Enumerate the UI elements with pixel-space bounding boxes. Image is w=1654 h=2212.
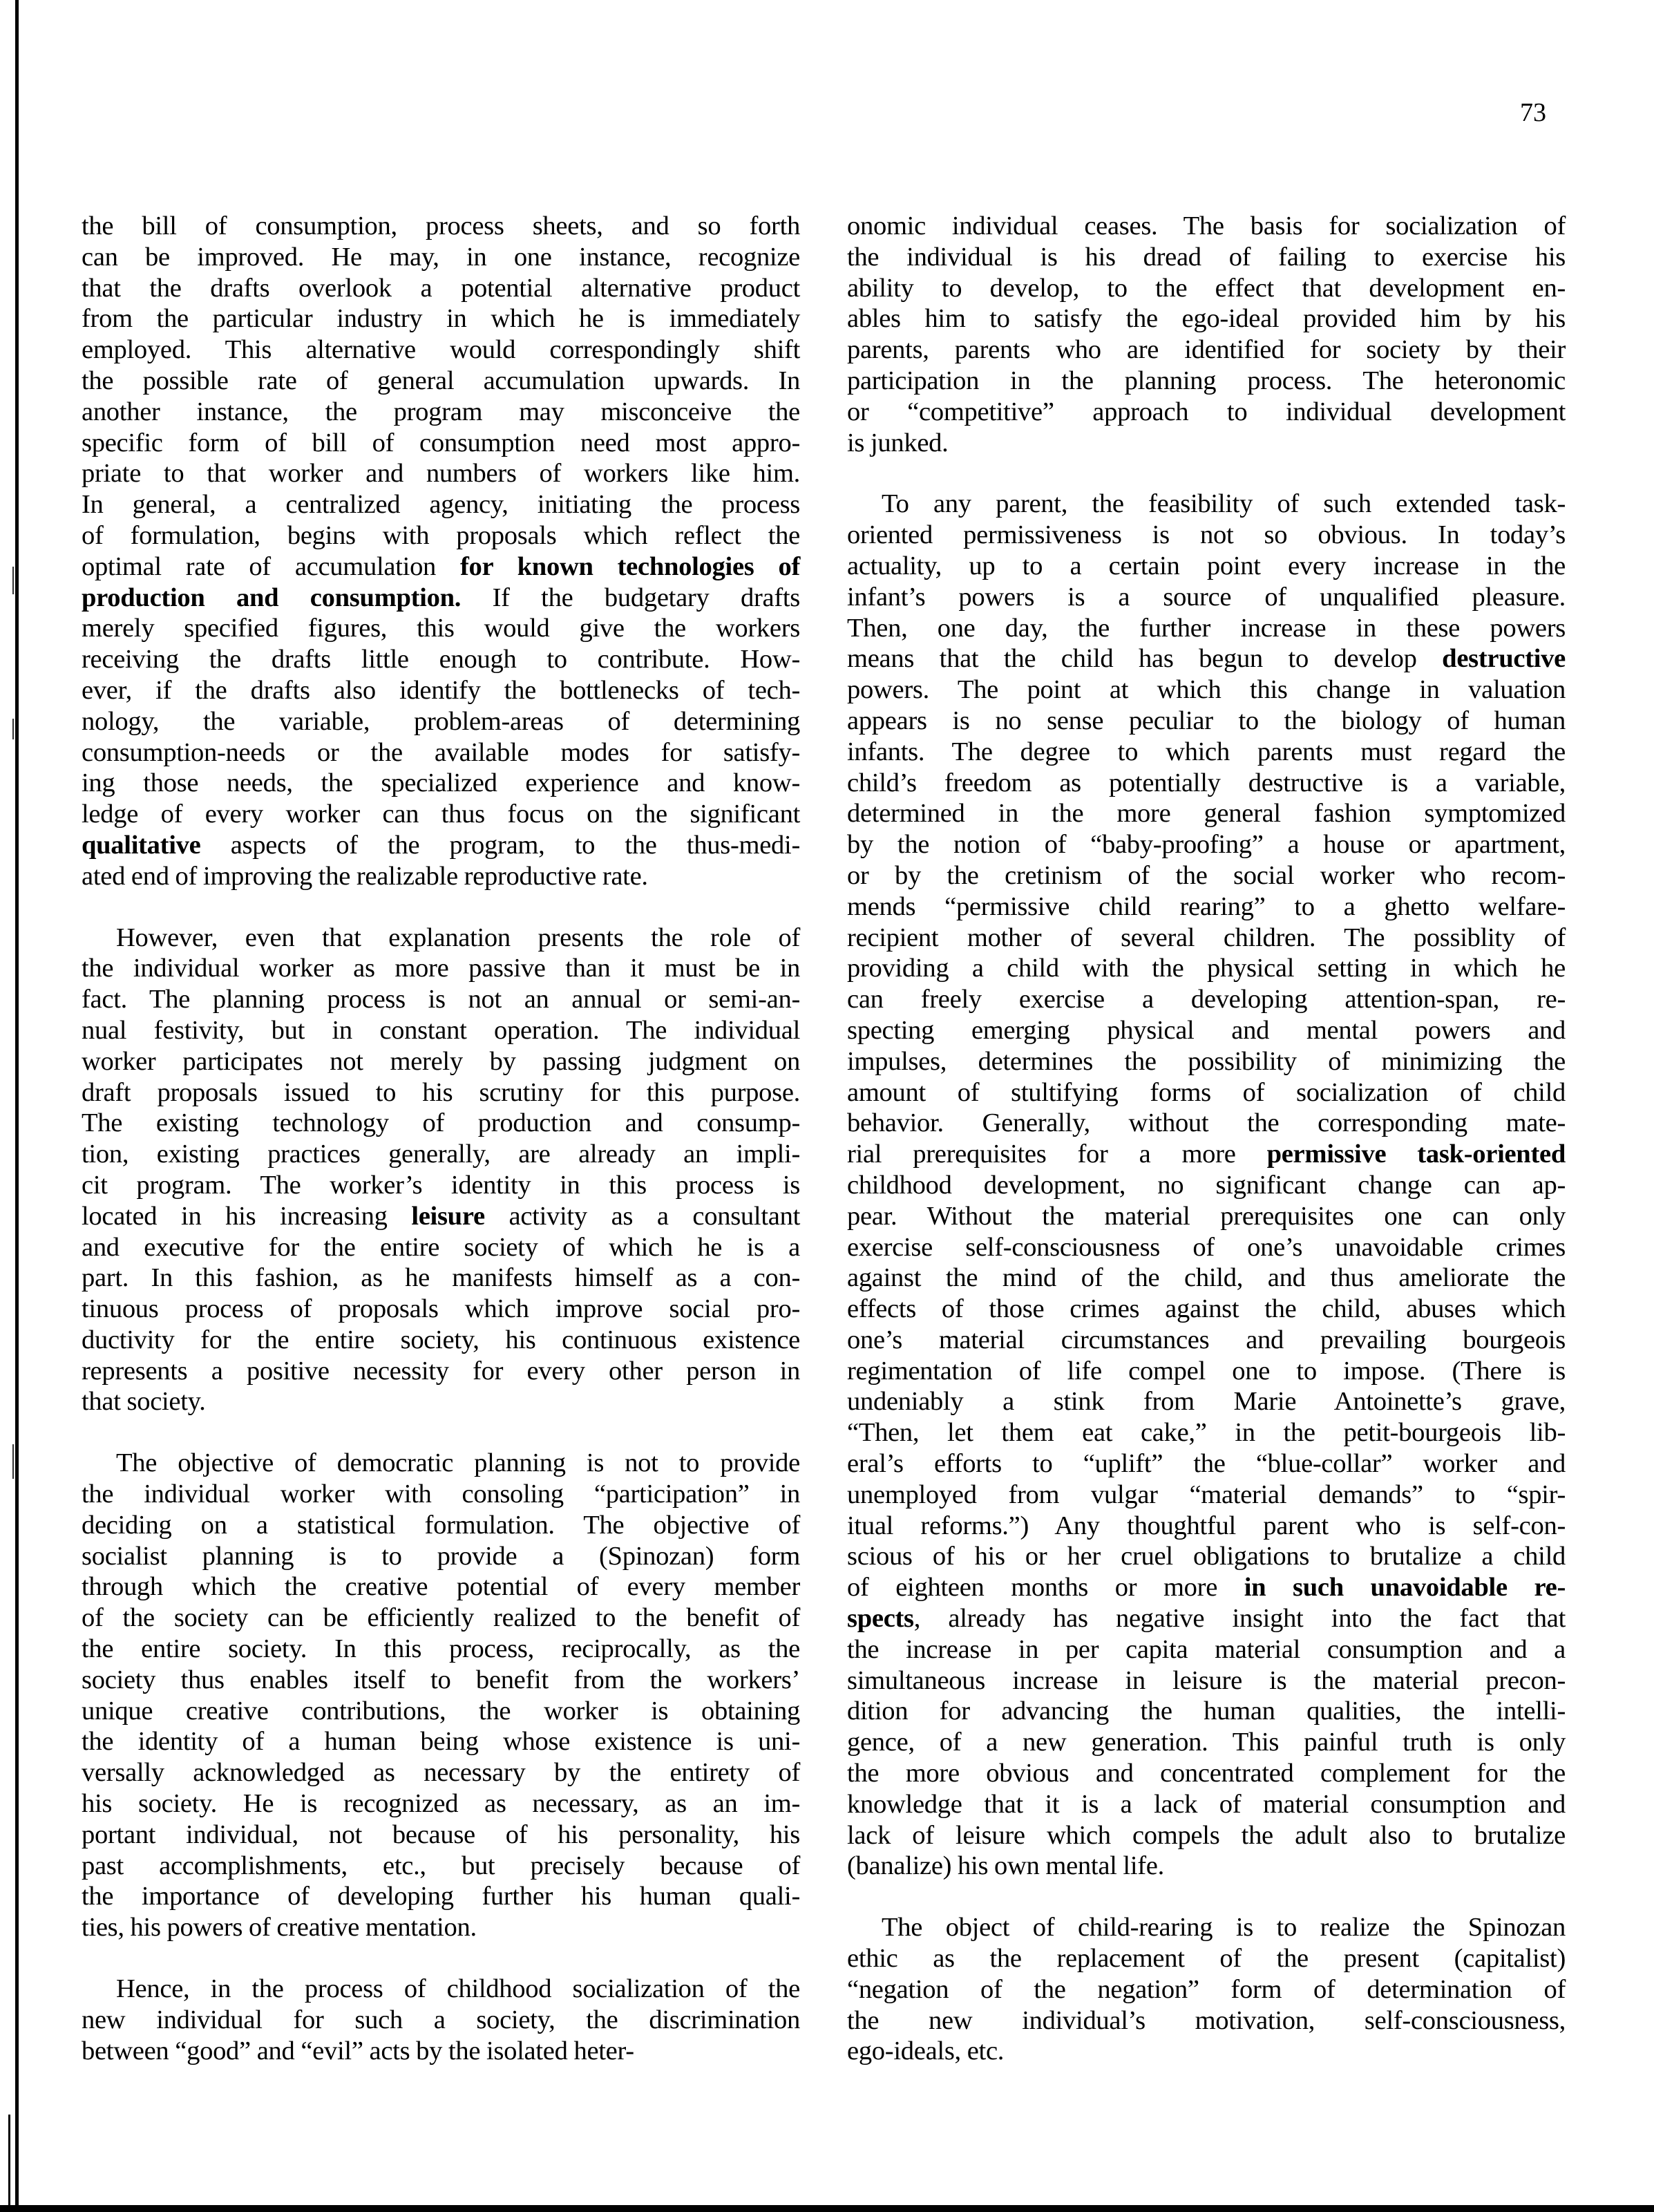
text-line: amount of stultifying forms of socializa…: [847, 1077, 1566, 1108]
text-run: lack of leisure which compels the adult …: [847, 1821, 1566, 1850]
text-run: ductivity for the entire society, his co…: [82, 1325, 800, 1354]
text-line: merely specified figures, this would giv…: [82, 613, 800, 644]
text-run: exercise self-consciousness of one’s una…: [847, 1233, 1566, 1262]
bold-emphasis: destructive: [1442, 644, 1566, 673]
page-number: 73: [1520, 99, 1546, 126]
text-line: impulses, determines the possibility of …: [847, 1046, 1566, 1077]
text-run: the more obvious and concentrated comple…: [847, 1759, 1566, 1788]
text-run: means that the child has begun to develo…: [847, 644, 1442, 673]
text-line: means that the child has begun to develo…: [847, 643, 1566, 674]
text-run: childhood development, no significant ch…: [847, 1171, 1566, 1200]
bold-emphasis: for known technologies of: [460, 552, 800, 581]
text-run: In general, a centralized agency, initia…: [82, 490, 800, 519]
text-line: Then, one day, the further increase in t…: [847, 613, 1566, 644]
text-line: versally acknowledged as necessary by th…: [82, 1757, 800, 1788]
text-line: the individual is his dread of failing t…: [847, 242, 1566, 273]
text-line: optimal rate of accumulation for known t…: [82, 551, 800, 583]
text-run: the bill of consumption, process sheets,…: [82, 211, 800, 240]
paragraph: onomic individual ceases. The basis for …: [847, 211, 1566, 458]
text-line: the individual worker as more passive th…: [82, 953, 800, 984]
text-run: or by the cretinism of the social worker…: [847, 861, 1566, 890]
text-line: by the notion of “baby-proofing” a house…: [847, 829, 1566, 860]
bold-emphasis: qualitative: [82, 831, 200, 860]
text-run: Hence, in the process of childhood socia…: [116, 1974, 800, 2003]
text-run: effects of those crimes against the chil…: [847, 1294, 1566, 1323]
text-line: ability to develop, to the effect that d…: [847, 273, 1566, 304]
text-line: providing a child with the physical sett…: [847, 953, 1566, 984]
text-run: the individual worker with consoling “pa…: [82, 1480, 800, 1509]
text-line: scious of his or her cruel obligations t…: [847, 1541, 1566, 1572]
text-line: The objective of democratic planning is …: [82, 1448, 800, 1479]
text-line: eral’s efforts to “uplift” the “blue-col…: [847, 1448, 1566, 1480]
text-run: knowledge that it is a lack of material …: [847, 1790, 1566, 1819]
text-line: the individual worker with consoling “pa…: [82, 1479, 800, 1510]
text-run: (banalize) his own mental life.: [847, 1851, 1164, 1880]
text-line: represents a positive necessity for ever…: [82, 1356, 800, 1387]
text-line: cit program. The worker’s identity in th…: [82, 1170, 800, 1201]
text-run: impulses, determines the possibility of …: [847, 1047, 1566, 1076]
text-run: unique creative contributions, the worke…: [82, 1696, 800, 1726]
text-run: ties, his powers of creative mentation.: [82, 1913, 477, 1942]
text-line: ego-ideals, etc.: [847, 2036, 1566, 2067]
text-run: the importance of developing further his…: [82, 1882, 800, 1911]
text-line: specific form of bill of consumption nee…: [82, 428, 800, 459]
text-run: unemployed from vulgar “material demands…: [847, 1480, 1566, 1509]
text-run: amount of stultifying forms of socializa…: [847, 1078, 1566, 1107]
text-line: specting emerging physical and mental po…: [847, 1015, 1566, 1046]
text-line: against the mind of the child, and thus …: [847, 1263, 1566, 1294]
right-column: onomic individual ceases. The basis for …: [847, 211, 1566, 2097]
text-run: new individual for such a society, the d…: [82, 2005, 800, 2034]
text-line: onomic individual ceases. The basis for …: [847, 211, 1566, 242]
text-line: new individual for such a society, the d…: [82, 2005, 800, 2036]
text-run: merely specified figures, this would giv…: [82, 614, 800, 643]
text-run: consumption-needs or the available modes…: [82, 738, 800, 767]
text-line: However, even that explanation presents …: [82, 923, 800, 954]
text-run: “negation of the negation” form of deter…: [847, 1975, 1566, 2004]
text-run: of eighteen months or more: [847, 1573, 1244, 1602]
text-run: priate to that worker and numbers of wor…: [82, 459, 800, 488]
text-line: ethic as the replacement of the present …: [847, 1943, 1566, 1974]
text-line: the more obvious and concentrated comple…: [847, 1758, 1566, 1789]
text-run: specific form of bill of consumption nee…: [82, 428, 800, 457]
text-run: The objective of democratic planning is …: [116, 1448, 800, 1477]
text-line: that the drafts overlook a potential alt…: [82, 273, 800, 304]
text-run: worker participates not merely by passin…: [82, 1047, 800, 1076]
text-line: production and consumption. If the budge…: [82, 583, 800, 614]
text-line: nual festivity, but in constant operatio…: [82, 1015, 800, 1046]
text-line: ables him to satisfy the ego-ideal provi…: [847, 303, 1566, 334]
text-line: the importance of developing further his…: [82, 1881, 800, 1912]
paragraph: To any parent, the feasibility of such e…: [847, 489, 1566, 1882]
text-line: pear. Without the material prerequisites…: [847, 1201, 1566, 1232]
text-run: by the notion of “baby-proofing” a house…: [847, 830, 1566, 859]
text-line: recipient mother of several children. Th…: [847, 923, 1566, 954]
text-run: gence, of a new generation. This painful…: [847, 1728, 1566, 1757]
bold-emphasis: in such unavoidable re-: [1244, 1573, 1566, 1602]
margin-mark: [12, 567, 14, 594]
text-run: another instance, the program may miscon…: [82, 397, 800, 426]
text-line: ever, if the drafts also identify the bo…: [82, 675, 800, 706]
text-run: tinuous process of proposals which impro…: [82, 1294, 800, 1323]
text-line: oriented permissiveness is not so obviou…: [847, 520, 1566, 551]
text-run: employed. This alternative would corresp…: [82, 335, 800, 364]
text-line: is junked.: [847, 428, 1566, 459]
text-run: ables him to satisfy the ego-ideal provi…: [847, 304, 1566, 333]
text-run: appears is no sense peculiar to the biol…: [847, 706, 1566, 735]
text-line: ledge of every worker can thus focus on …: [82, 799, 800, 830]
text-line: exercise self-consciousness of one’s una…: [847, 1232, 1566, 1263]
text-run: nology, the variable, problem-areas of d…: [82, 707, 800, 736]
text-line: Hence, in the process of childhood socia…: [82, 1974, 800, 2005]
text-run: actuality, up to a certain point every i…: [847, 551, 1566, 580]
text-run: undeniably a stink from Marie Antoinette…: [847, 1387, 1566, 1416]
text-line: The existing technology of production an…: [82, 1108, 800, 1139]
text-line: that society.: [82, 1386, 800, 1417]
text-run: the increase in per capita material cons…: [847, 1635, 1566, 1664]
text-run: , already has negative insight into the …: [914, 1604, 1566, 1633]
scan-edge-left-secondary: [8, 2115, 10, 2212]
text-line: The object of child-rearing is to realiz…: [847, 1912, 1566, 1943]
scan-edge-left: [15, 0, 19, 2212]
text-line: undeniably a stink from Marie Antoinette…: [847, 1386, 1566, 1417]
text-run: recipient mother of several children. Th…: [847, 923, 1566, 952]
text-line: or “competitive” approach to individual …: [847, 397, 1566, 428]
text-run: one’s material circumstances and prevail…: [847, 1325, 1566, 1354]
text-line: itual reforms.”) Any thoughtful parent w…: [847, 1511, 1566, 1542]
text-run: Then, one day, the further increase in t…: [847, 614, 1566, 643]
text-line: behavior. Generally, without the corresp…: [847, 1108, 1566, 1139]
text-run: optimal rate of accumulation: [82, 552, 460, 581]
text-run: his society. He is recognized as necessa…: [82, 1789, 800, 1818]
text-line: infant’s powers is a source of unqualifi…: [847, 582, 1566, 613]
text-run: the possible rate of general accumulatio…: [82, 366, 800, 395]
text-line: society thus enables itself to benefit f…: [82, 1665, 800, 1696]
text-run: represents a positive necessity for ever…: [82, 1356, 800, 1386]
margin-mark: [12, 719, 14, 739]
text-line: mends “permissive child rearing” to a gh…: [847, 891, 1566, 923]
text-line: employed. This alternative would corresp…: [82, 334, 800, 366]
text-line: one’s material circumstances and prevail…: [847, 1325, 1566, 1356]
bold-emphasis: leisure: [411, 1202, 484, 1231]
text-run: rial prerequisites for a more: [847, 1140, 1267, 1169]
paragraph: The object of child-rearing is to realiz…: [847, 1912, 1566, 2067]
text-line: unemployed from vulgar “material demands…: [847, 1480, 1566, 1511]
text-run: versally acknowledged as necessary by th…: [82, 1758, 800, 1787]
text-run: onomic individual ceases. The basis for …: [847, 211, 1566, 240]
text-run: is junked.: [847, 428, 949, 457]
text-line: from the particular industry in which he…: [82, 303, 800, 334]
text-run: aspects of the program, to the thus-medi…: [200, 831, 800, 860]
text-run: dition for advancing the human qualities…: [847, 1696, 1566, 1726]
text-line: tinuous process of proposals which impro…: [82, 1294, 800, 1325]
text-line: located in his increasing leisure activi…: [82, 1201, 800, 1232]
paragraph: Hence, in the process of childhood socia…: [82, 1974, 800, 2066]
text-run: oriented permissiveness is not so obviou…: [847, 520, 1566, 549]
text-run: The object of child-rearing is to realiz…: [882, 1913, 1566, 1942]
text-line: receiving the drafts little enough to co…: [82, 644, 800, 675]
text-line: ductivity for the entire society, his co…: [82, 1325, 800, 1356]
text-run: socialist planning is to provide a (Spin…: [82, 1542, 800, 1571]
text-line: socialist planning is to provide a (Spin…: [82, 1541, 800, 1572]
text-run: ethic as the replacement of the present …: [847, 1944, 1566, 1973]
text-line: consumption-needs or the available modes…: [82, 737, 800, 768]
text-line: regimentation of life compel one to impo…: [847, 1356, 1566, 1387]
left-column: the bill of consumption, process sheets,…: [82, 211, 800, 2097]
text-line: “Then, let them eat cake,” in the petit-…: [847, 1417, 1566, 1448]
text-line: the entire society. In this process, rec…: [82, 1634, 800, 1665]
text-run: deciding on a statistical formulation. T…: [82, 1511, 800, 1540]
text-run: child’s freedom as potentially destructi…: [847, 768, 1566, 797]
text-run: nual festivity, but in constant operatio…: [82, 1016, 800, 1045]
text-line: effects of those crimes against the chil…: [847, 1294, 1566, 1325]
text-run: receiving the drafts little enough to co…: [82, 645, 800, 674]
text-line: tion, existing practices generally, are …: [82, 1139, 800, 1170]
text-line: the bill of consumption, process sheets,…: [82, 211, 800, 242]
text-line: qualitative aspects of the program, to t…: [82, 830, 800, 861]
text-line: part. In this fashion, as he manifests h…: [82, 1263, 800, 1294]
text-line: past accomplishments, etc., but precisel…: [82, 1851, 800, 1882]
text-run: portant individual, not because of his p…: [82, 1820, 800, 1849]
text-run: ego-ideals, etc.: [847, 2036, 1004, 2066]
text-run: ability to develop, to the effect that d…: [847, 274, 1566, 303]
text-line: of the society can be efficiently realiz…: [82, 1603, 800, 1634]
paragraph: However, even that explanation presents …: [82, 923, 800, 1418]
text-run: part. In this fashion, as he manifests h…: [82, 1263, 800, 1292]
bold-emphasis: production and consumption.: [82, 583, 461, 612]
text-line: determined in the more general fashion s…: [847, 798, 1566, 829]
text-run: the new individual’s motivation, self-co…: [847, 2006, 1566, 2035]
text-run: participation in the planning process. T…: [847, 366, 1566, 395]
text-run: the individual worker as more passive th…: [82, 954, 800, 983]
text-line: ties, his powers of creative mentation.: [82, 1912, 800, 1943]
text-run: itual reforms.”) Any thoughtful parent w…: [847, 1511, 1566, 1540]
text-line: infants. The degree to which parents mus…: [847, 737, 1566, 768]
text-line: actuality, up to a certain point every i…: [847, 551, 1566, 582]
text-run: the entire society. In this process, rec…: [82, 1634, 800, 1663]
text-run: powers. The point at which this change i…: [847, 675, 1566, 704]
text-run: infants. The degree to which parents mus…: [847, 737, 1566, 766]
text-line: can freely exercise a developing attenti…: [847, 984, 1566, 1015]
text-line: spects, already has negative insight int…: [847, 1603, 1566, 1634]
text-run: from the particular industry in which he…: [82, 304, 800, 333]
text-line: of eighteen months or more in such unavo…: [847, 1572, 1566, 1603]
text-line: unique creative contributions, the worke…: [82, 1696, 800, 1727]
text-line: rial prerequisites for a more permissive…: [847, 1139, 1566, 1170]
text-run: tion, existing practices generally, are …: [82, 1140, 800, 1169]
text-run: through which the creative potential of …: [82, 1572, 800, 1601]
text-run: scious of his or her cruel obligations t…: [847, 1542, 1566, 1571]
text-run: that the drafts overlook a potential alt…: [82, 274, 800, 303]
text-line: portant individual, not because of his p…: [82, 1819, 800, 1851]
text-run: cit program. The worker’s identity in th…: [82, 1171, 800, 1200]
bold-emphasis: permissive task-oriented: [1267, 1140, 1566, 1169]
text-line: ated end of improving the realizable rep…: [82, 861, 800, 892]
text-line: the new individual’s motivation, self-co…: [847, 2005, 1566, 2036]
text-run: pear. Without the material prerequisites…: [847, 1202, 1566, 1231]
text-line: (banalize) his own mental life.: [847, 1851, 1566, 1882]
text-run: ing those needs, the specialized experie…: [82, 768, 800, 797]
text-line: the identity of a human being whose exis…: [82, 1726, 800, 1757]
text-line: dition for advancing the human qualities…: [847, 1696, 1566, 1727]
text-line: To any parent, the feasibility of such e…: [847, 489, 1566, 520]
text-line: the possible rate of general accumulatio…: [82, 366, 800, 397]
text-run: of formulation, begins with proposals wh…: [82, 521, 800, 550]
text-run: that society.: [82, 1387, 206, 1416]
text-run: ever, if the drafts also identify the bo…: [82, 676, 800, 705]
text-run: the identity of a human being whose exis…: [82, 1727, 800, 1756]
text-run: draft proposals issued to his scrutiny f…: [82, 1078, 800, 1107]
text-run: and executive for the entire society of …: [82, 1233, 800, 1262]
text-line: or by the cretinism of the social worker…: [847, 860, 1566, 891]
text-line: his society. He is recognized as necessa…: [82, 1788, 800, 1819]
text-run: mends “permissive child rearing” to a gh…: [847, 892, 1566, 921]
text-line: gence, of a new generation. This painful…: [847, 1727, 1566, 1758]
text-run: parents, parents who are identified for …: [847, 335, 1566, 364]
text-line: knowledge that it is a lack of material …: [847, 1789, 1566, 1820]
scan-edge-bottom: [0, 2205, 1654, 2212]
text-line: In general, a centralized agency, initia…: [82, 489, 800, 520]
text-line: lack of leisure which compels the adult …: [847, 1820, 1566, 1851]
text-run: “Then, let them eat cake,” in the petit-…: [847, 1418, 1566, 1447]
text-run: simultaneous increase in leisure is the …: [847, 1666, 1566, 1695]
text-run: located in his increasing: [82, 1202, 411, 1231]
text-line: through which the creative potential of …: [82, 1571, 800, 1603]
text-line: fact. The planning process is not an ann…: [82, 984, 800, 1015]
text-run: infant’s powers is a source of unqualifi…: [847, 583, 1566, 612]
text-line: powers. The point at which this change i…: [847, 674, 1566, 706]
text-line: parents, parents who are identified for …: [847, 334, 1566, 366]
text-line: of formulation, begins with proposals wh…: [82, 520, 800, 551]
text-run: the individual is his dread of failing t…: [847, 243, 1566, 272]
text-run: behavior. Generally, without the corresp…: [847, 1108, 1566, 1137]
paragraph: the bill of consumption, process sheets,…: [82, 211, 800, 892]
text-run: providing a child with the physical sett…: [847, 954, 1566, 983]
text-line: child’s freedom as potentially destructi…: [847, 768, 1566, 799]
text-run: specting emerging physical and mental po…: [847, 1016, 1566, 1045]
text-line: the increase in per capita material cons…: [847, 1634, 1566, 1665]
text-run: of the society can be efficiently realiz…: [82, 1603, 800, 1632]
text-run: ated end of improving the realizable rep…: [82, 862, 648, 891]
text-run: eral’s efforts to “uplift” the “blue-col…: [847, 1449, 1566, 1478]
text-run: To any parent, the feasibility of such e…: [882, 489, 1566, 518]
text-line: “negation of the negation” form of deter…: [847, 1974, 1566, 2005]
text-line: can be improved. He may, in one instance…: [82, 242, 800, 273]
text-line: and executive for the entire society of …: [82, 1232, 800, 1263]
margin-mark: [12, 1444, 14, 1479]
text-run: ledge of every worker can thus focus on …: [82, 800, 800, 829]
text-run: activity as a consultant: [485, 1202, 800, 1231]
text-line: simultaneous increase in leisure is the …: [847, 1665, 1566, 1696]
text-line: childhood development, no significant ch…: [847, 1170, 1566, 1201]
text-run: against the mind of the child, and thus …: [847, 1263, 1566, 1292]
text-run: determined in the more general fashion s…: [847, 799, 1566, 828]
text-run: regimentation of life compel one to impo…: [847, 1356, 1566, 1386]
text-line: priate to that worker and numbers of wor…: [82, 458, 800, 489]
text-run: However, even that explanation presents …: [116, 923, 800, 952]
text-line: between “good” and “evil” acts by the is…: [82, 2036, 800, 2067]
text-run: The existing technology of production an…: [82, 1108, 800, 1137]
text-line: worker participates not merely by passin…: [82, 1046, 800, 1077]
bold-emphasis: spects: [847, 1604, 914, 1633]
text-line: nology, the variable, problem-areas of d…: [82, 706, 800, 737]
text-line: appears is no sense peculiar to the biol…: [847, 706, 1566, 737]
paragraph: The objective of democratic planning is …: [82, 1448, 800, 1943]
text-line: draft proposals issued to his scrutiny f…: [82, 1077, 800, 1108]
text-line: deciding on a statistical formulation. T…: [82, 1510, 800, 1541]
text-line: ing those needs, the specialized experie…: [82, 768, 800, 799]
text-run: between “good” and “evil” acts by the is…: [82, 2036, 634, 2066]
text-run: can freely exercise a developing attenti…: [847, 985, 1566, 1014]
text-run: If the budgetary drafts: [461, 583, 800, 612]
text-run: or “competitive” approach to individual …: [847, 397, 1566, 426]
text-run: can be improved. He may, in one instance…: [82, 243, 800, 272]
text-line: another instance, the program may miscon…: [82, 397, 800, 428]
text-run: fact. The planning process is not an ann…: [82, 985, 800, 1014]
text-run: past accomplishments, etc., but precisel…: [82, 1851, 800, 1880]
text-line: participation in the planning process. T…: [847, 366, 1566, 397]
text-run: society thus enables itself to benefit f…: [82, 1665, 800, 1694]
